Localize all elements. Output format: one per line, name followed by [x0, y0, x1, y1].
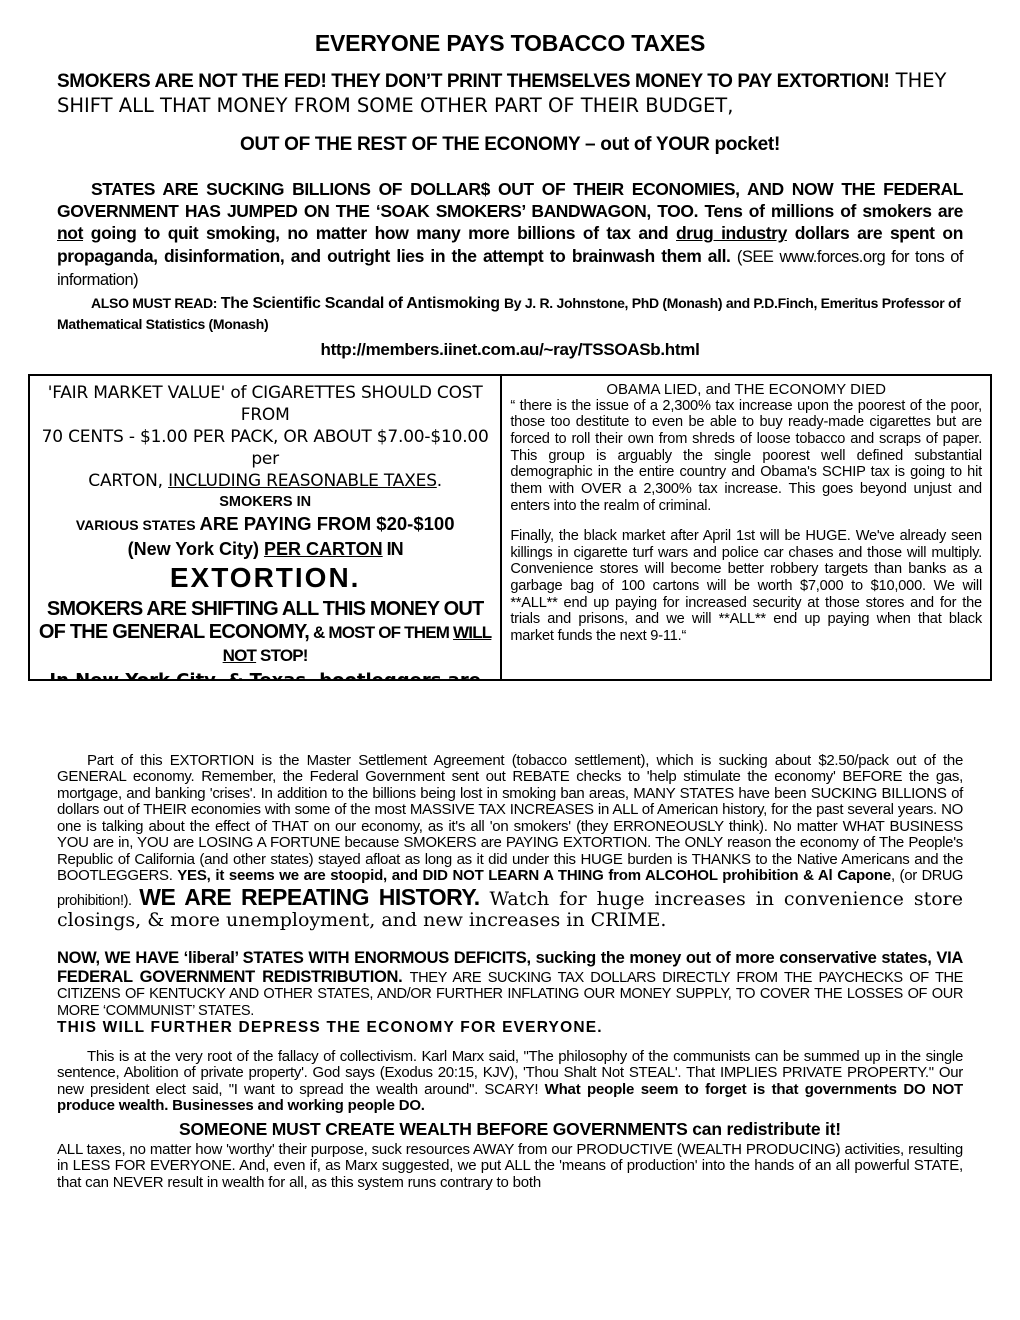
main-body: Part of this EXTORTION is the Master Set… — [57, 753, 963, 1191]
stop-run: STOP! — [256, 646, 308, 665]
box-left-cell: 'FAIR MARKET VALUE' of CIGARETTES SHOULD… — [30, 376, 502, 679]
various-states-run: VARIOUS STATES — [76, 517, 200, 533]
stoopid-bold-run: YES, it seems we are stoopid, and DID NO… — [177, 867, 891, 884]
carton-period: . — [437, 471, 442, 491]
extortion-headline: EXTORTION. — [34, 562, 496, 594]
shifting-money-headline: SMOKERS ARE SHIFTING ALL THIS MONEY OUT … — [34, 598, 496, 667]
also-read-book-title: The Scientific Scandal of Antismoking — [221, 295, 504, 312]
including-reasonable-taxes-underline: INCLUDING REASONABLE TAXES — [168, 471, 437, 491]
reference-url: http://members.iinet.com.au/~ray/TSSOASb… — [57, 340, 963, 360]
collectivism-paragraph: This is at the very root of the fallacy … — [57, 1049, 963, 1115]
states-paragraph: STATES ARE SUCKING BILLIONS OF DOLLAR$ O… — [57, 178, 963, 291]
deficits-paragraph: NOW, WE HAVE ‘liberal’ STATES WITH ENORM… — [57, 949, 963, 1037]
msa-run: Part of this EXTORTION is the Master Set… — [57, 752, 963, 885]
extortion-paragraph: Part of this EXTORTION is the Master Set… — [57, 753, 963, 931]
create-wealth-line: SOMEONE MUST CREATE WEALTH BEFORE GOVERN… — [57, 1119, 963, 1140]
page-title: EVERYONE PAYS TOBACCO TAXES — [57, 30, 963, 57]
intro-center-line: OUT OF THE REST OF THE ECONOMY – out of … — [57, 134, 963, 156]
two-column-box: 'FAIR MARKET VALUE' of CIGARETTES SHOULD… — [28, 374, 992, 681]
states-underline-not: not — [57, 223, 83, 243]
obama-lied-heading: OBAMA LIED, and THE ECONOMY DIED — [510, 381, 982, 398]
also-read-line: ALSO MUST READ: The Scientific Scandal o… — [57, 293, 963, 333]
smokers-in-line: SMOKERS IN — [34, 494, 496, 510]
fair-market-value-line: 'FAIR MARKET VALUE' of CIGARETTES SHOULD… — [34, 382, 496, 426]
per-line: per — [34, 448, 496, 470]
all-taxes-paragraph: ALL taxes, no matter how 'worthy' their … — [57, 1142, 963, 1192]
clipped-bottom-line: In New York City, & Texas, bootleggers a… — [34, 670, 496, 679]
states-run-2c: going to quit smoking, no matter how man… — [83, 223, 676, 243]
most-of-them-run: & MOST OF THEM — [309, 623, 453, 642]
further-depress-run: THIS WILL FURTHER DEPRESS THE ECONOMY FO… — [57, 1019, 603, 1036]
in-run: IN — [383, 539, 403, 559]
fmv-text: 'FAIR MARKET VALUE' of CIGARETTES SHOULD… — [48, 383, 483, 425]
schip-tax-paragraph: “ there is the issue of a 2,300% tax inc… — [510, 398, 982, 514]
repeating-history-run: WE ARE REPEATING HISTORY. — [139, 884, 479, 910]
states-run-2a: Tens of millions of smokers are — [698, 201, 963, 221]
price-per-pack-line: 70 CENTS - $1.00 PER PACK, OR ABOUT $7.0… — [34, 426, 496, 448]
carton-line: CARTON, INCLUDING REASONABLE TAXES. — [34, 470, 496, 492]
or-run: , (or — [891, 867, 922, 884]
document-page: EVERYONE PAYS TOBACCO TAXES SMOKERS ARE … — [0, 0, 1020, 1320]
nyc-run: (New York City) — [128, 539, 264, 559]
also-read-label: ALSO MUST READ: — [91, 295, 221, 311]
per-carton-underline: PER CARTON — [264, 539, 383, 559]
intro-paragraph: SMOKERS ARE NOT THE FED! THEY DON’T PRIN… — [57, 69, 963, 120]
new-york-city-line: (New York City) PER CARTON IN — [34, 539, 496, 560]
states-underline-drug-industry: drug industry — [676, 223, 787, 243]
various-states-line: VARIOUS STATES ARE PAYING FROM $20-$100 — [34, 513, 496, 535]
box-right-cell: OBAMA LIED, and THE ECONOMY DIED “ there… — [502, 376, 990, 679]
intro-bold-run: SMOKERS ARE NOT THE FED! THEY DON’T PRIN… — [57, 71, 889, 92]
carton-run: CARTON, — [88, 471, 168, 491]
paying-range-run: ARE PAYING FROM $20-$100 — [200, 513, 455, 534]
black-market-paragraph: Finally, the black market after April 1s… — [510, 528, 982, 644]
